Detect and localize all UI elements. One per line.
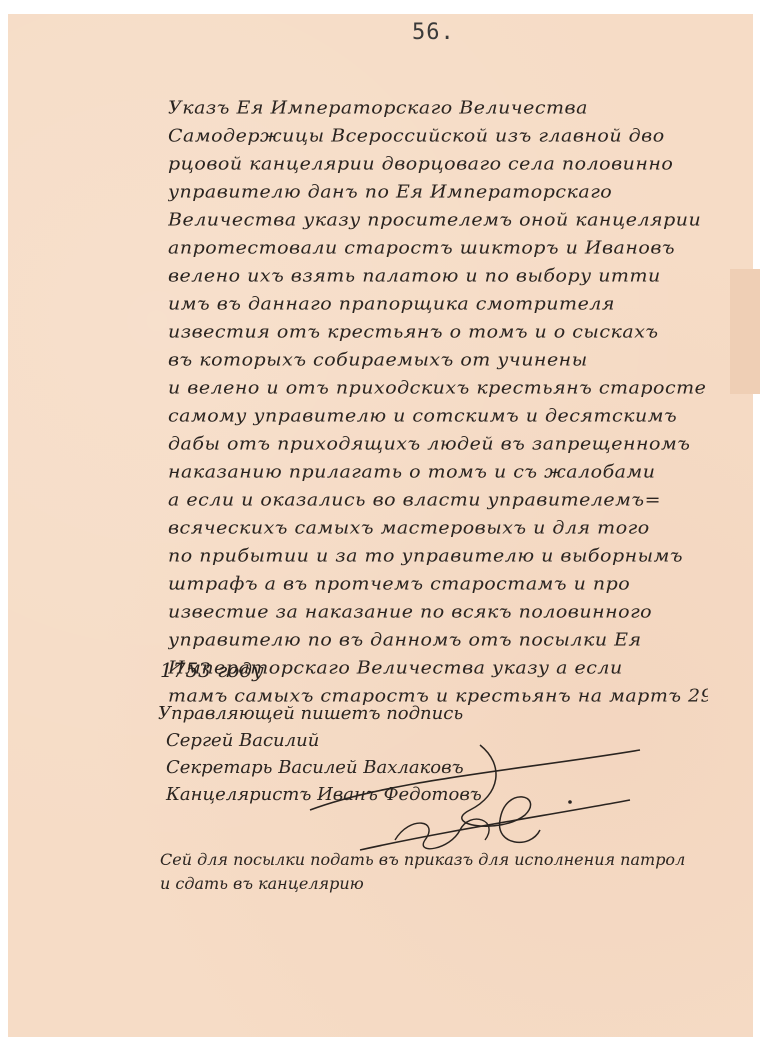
decree-line: наказанию прилагать о томъ и съ жалобами — [168, 459, 708, 486]
decree-line: самому управителю и сотскимъ и десятским… — [168, 403, 708, 430]
decree-line: Самодержицы Всероссийской изъ главной дв… — [168, 123, 708, 150]
decree-line: Величества указу просителемъ оной канцел… — [168, 207, 708, 234]
decree-line: дабы отъ приходящихъ людей въ запрещенно… — [168, 431, 708, 458]
decree-line: известие за наказание по всякъ половинно… — [168, 599, 708, 626]
decree-line: и велено и отъ приходскихъ крестьянъ ста… — [168, 375, 708, 402]
page-number: 56. — [412, 20, 455, 45]
decree-line: управителю по въ данномъ отъ посылки Ея — [168, 627, 708, 654]
decree-body: Указъ Ея Императорскаго Величества Самод… — [168, 94, 708, 710]
decree-line: управителю данъ по Ея Императорскаго — [168, 179, 708, 206]
footnote-block: Сей для посылки подать въ приказъ для ис… — [160, 848, 700, 896]
decree-line: рцовой канцелярии дворцоваго села полови… — [168, 151, 708, 178]
date-line: 1753 году — [160, 658, 264, 682]
decree-line: апротестовали старостъ шикторъ и Ивановъ — [168, 235, 708, 262]
decree-line: а если и оказались во власти управителем… — [168, 487, 708, 514]
signature-flourish — [300, 740, 660, 860]
decree-line: имъ въ даннаго прапорщика смотрителя — [168, 291, 708, 318]
decree-line: известия отъ крестьянъ о томъ и о сысках… — [168, 319, 708, 346]
decree-line: въ которыхъ собираемыхъ от учинены — [168, 347, 708, 374]
decree-line: велено ихъ взять палатою и по выбору итт… — [168, 263, 708, 290]
decree-line: по прибытии и за то управителю и выборны… — [168, 543, 708, 570]
signature-line: Управляющей пишетъ подпись — [158, 700, 638, 727]
decree-line: Указъ Ея Императорскаго Величества — [168, 95, 708, 122]
decree-line: штрафъ а въ протчемъ старостамъ и про — [168, 571, 708, 598]
footnote-line: и сдать въ канцелярию — [160, 872, 700, 896]
page-edge-strip — [730, 269, 760, 394]
footnote-line: Сей для посылки подать въ приказъ для ис… — [160, 848, 700, 872]
decree-line: всяческихъ самыхъ мастеровыхъ и для того — [168, 515, 708, 542]
